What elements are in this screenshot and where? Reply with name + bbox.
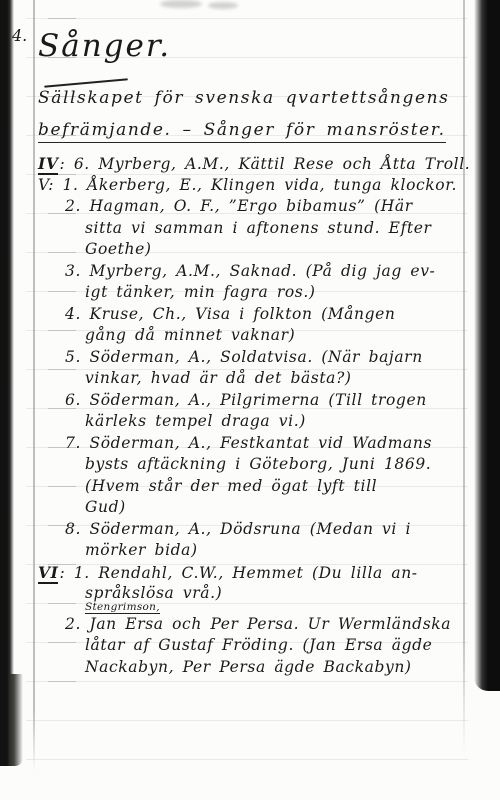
manuscript-line: Gud) [38,497,470,519]
scan-smudge [160,0,202,8]
manuscript-line: vinkar, hvad är då det bästa?) [38,368,470,390]
manuscript-line: 7. Söderman, A., Festkantat vid Wadmans [38,433,470,455]
line-text: språkslösa vrå.) [85,584,222,602]
intro-line-underlined: befrämjande. – Sånger för mansröster. [38,120,446,143]
section-numeral: IV [38,154,58,175]
line-text: 7. Söderman, A., Festkantat vid Wadmans [65,434,432,452]
line-text: vinkar, hvad är då det bästa?) [85,369,352,387]
line-text: Gud) [85,498,126,516]
section-numeral: VI [38,563,58,584]
manuscript-line: gång då minnet vaknar) [38,325,470,347]
line-text: 6. Söderman, A., Pilgrimerna (Till troge… [65,391,427,409]
line-text: kärleks tempel draga vi.) [85,412,306,430]
manuscript-line: 8. Söderman, A., Dödsruna (Medan vi i [38,519,470,541]
song-entry-list: IV: 6. Myrberg, A.M., Kättil Rese och Åt… [38,153,470,678]
line-text: Stengrimson, [85,601,160,614]
line-text: (Hvem står der med ögat lyft till [85,477,377,495]
scan-right-border [474,0,500,691]
line-text: 4. Kruse, Ch., Visa i folkton (Mången [65,305,395,323]
line-text: 2. Jan Ersa och Per Persa. Ur Wermländsk… [65,615,451,633]
line-text: bysts aftäckning i Göteborg, Juni 1869. [85,455,431,473]
line-text: Goethe) [85,240,152,258]
line-text: igt tänker, min fagra ros.) [85,283,316,301]
page-title: Sånger. [38,28,171,64]
manuscript-line: 2. Hagman, O. F., ”Ergo bibamus” (Här [38,196,470,218]
scan-smudge [208,2,238,9]
line-text: 5. Söderman, A., Soldatvisa. (När bajarn [65,348,423,366]
manuscript-line: 6. Söderman, A., Pilgrimerna (Till troge… [38,390,470,412]
scanned-manuscript-page: 4. Sånger. Sällskapet för svenska qvarte… [0,0,500,800]
line-text: 2. Hagman, O. F., ”Ergo bibamus” (Här [65,197,413,215]
manuscript-line: VI: 1. Rendahl, C.W., Hemmet (Du lilla a… [38,562,470,584]
manuscript-line: mörker bida) [38,540,470,562]
manuscript-line: IV: 6. Myrberg, A.M., Kättil Rese och Åt… [38,153,470,175]
line-text: gång då minnet vaknar) [85,326,295,344]
line-text: : 1. Rendahl, C.W., Hemmet (Du lilla an- [59,564,417,582]
manuscript-line: 2. Jan Ersa och Per Persa. Ur Wermländsk… [38,614,470,636]
line-text: : 6. Myrberg, A.M., Kättil Rese och Åtta… [59,155,470,173]
line-text: mörker bida) [85,541,198,559]
manuscript-line: Stengrimson, [38,602,470,614]
manuscript-line: låtar af Gustaf Fröding. (Jan Ersa ägde [38,635,470,657]
manuscript-line: 3. Myrberg, A.M., Saknad. (På dig jag ev… [38,261,470,283]
manuscript-line: 4. Kruse, Ch., Visa i folkton (Mången [38,304,470,326]
manuscript-line: Nackabyn, Per Persa ägde Backabyn) [38,657,470,679]
manuscript-line: Goethe) [38,239,470,261]
line-text: V: 1. Åkerberg, E., Klingen vida, tunga … [38,176,457,194]
manuscript-line: bysts aftäckning i Göteborg, Juni 1869. [38,454,470,476]
line-text: låtar af Gustaf Fröding. (Jan Ersa ägde [85,636,432,654]
scan-left-border [0,0,14,766]
manuscript-line: igt tänker, min fagra ros.) [38,282,470,304]
manuscript-line: sitta vi samman i aftonens stund. Efter [38,218,470,240]
page-number: 4. [12,26,27,45]
line-text: 8. Söderman, A., Dödsruna (Medan vi i [65,520,411,538]
manuscript-line: V: 1. Åkerberg, E., Klingen vida, tunga … [38,175,470,197]
manuscript-line: (Hvem står der med ögat lyft till [38,476,470,498]
line-text: sitta vi samman i aftonens stund. Efter [85,219,432,237]
intro-line: Sällskapet för svenska qvartettsångens [38,88,449,108]
margin-rule-line [33,0,35,772]
line-text: Nackabyn, Per Persa ägde Backabyn) [85,658,412,676]
manuscript-line: kärleks tempel draga vi.) [38,411,470,433]
manuscript-line: 5. Söderman, A., Soldatvisa. (När bajarn [38,347,470,369]
line-text: 3. Myrberg, A.M., Saknad. (På dig jag ev… [65,262,435,280]
